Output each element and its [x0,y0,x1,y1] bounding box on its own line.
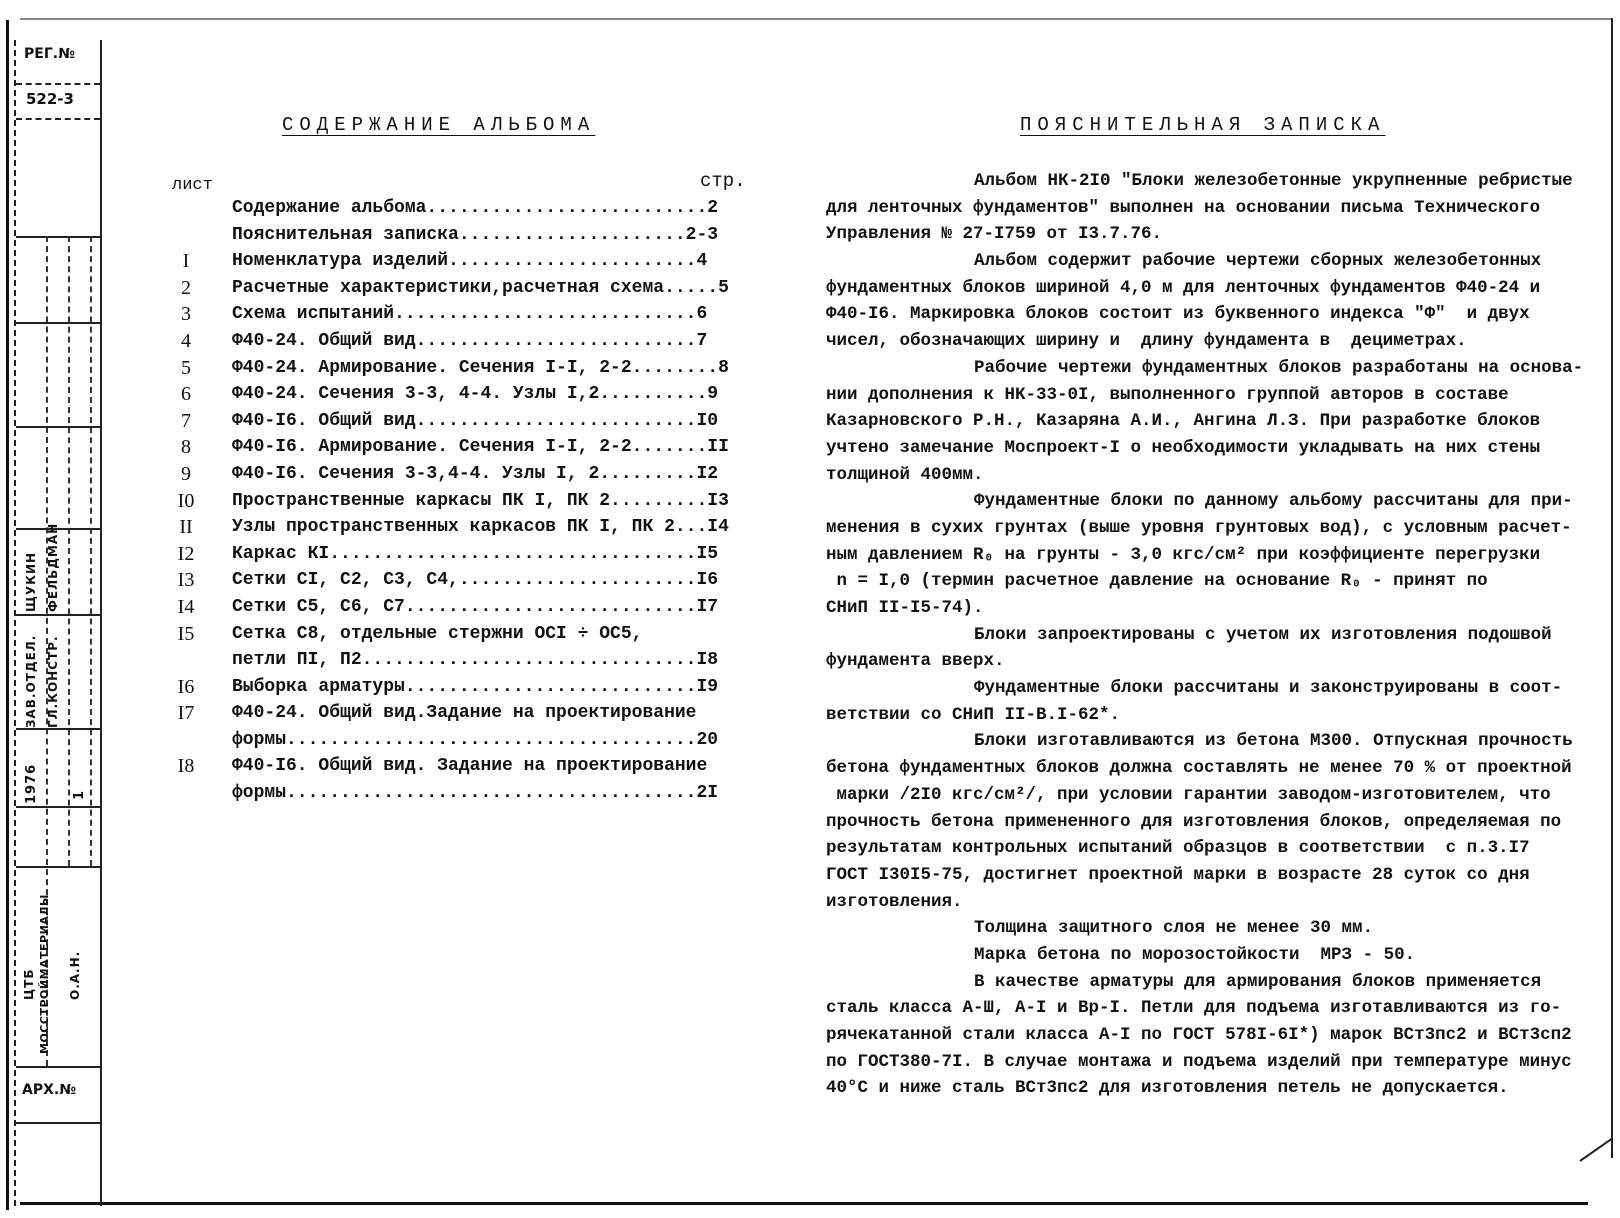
note-line: результатам контрольных испытаний образц… [826,835,1586,862]
name-shchukin: ЩУКИН [24,552,38,612]
frame-top-border [20,18,1612,20]
list-item: IНоменклатура изделий...................… [160,248,732,275]
stamp-divider [16,614,100,616]
registration-number: 522-3 [26,90,74,108]
note-line: нии дополнения к НК-33-0I, выполненного … [826,382,1586,409]
note-line: Марка бетона по морозостойкости МРЗ - 50… [826,942,1586,969]
item-title: Ф40-24. Общий вид.......................… [232,328,707,355]
item-title: петли ПI, П2............................… [232,647,718,674]
note-line: фундамента вверх. [826,648,1586,675]
note-line: Фундаментные блоки по данному альбому ра… [826,488,1586,515]
sheet-number: 8 [166,434,206,461]
explanatory-note-body: Альбом НК-2I0 "Блоки железобетонные укру… [826,168,1586,1102]
stamp-divider [16,236,100,238]
list-item: 9Ф40-I6. Сечения 3-3,4-4. Узлы I, 2.....… [160,461,732,488]
note-line: по ГОСТ380-7I. В случае монтажа и подъем… [826,1049,1586,1076]
sheet-number: I [166,248,206,275]
frame-bottom-border [20,1202,1588,1205]
item-title: Каркас КI...............................… [232,541,718,568]
sheet-number: I5 [166,621,206,648]
stamp-divider [16,426,100,428]
note-line: Ф40-I6. Маркировка блоков состоит из бук… [826,301,1586,328]
sheet-number: 2 [166,275,206,302]
sheet-number: I7 [166,700,206,727]
note-line: Казарновского Р.Н., Казаряна А.И., Ангин… [826,408,1586,435]
sheet-number: I6 [166,674,206,701]
list-item: 7Ф40-I6. Общий вид......................… [160,408,732,435]
note-line: Блоки запроектированы с учетом их изгото… [826,622,1586,649]
organization-ctb: ЦТБ [22,969,36,1000]
sheet-number: 3 [166,301,206,328]
stamp-divider [16,728,100,730]
note-line: Фундаментные блоки рассчитаны и законстр… [826,675,1586,702]
note-line: n = I,0 (термин расчетное давление на ос… [826,568,1586,595]
note-line: рячекатанной стали класса А-I по ГОСТ 57… [826,1022,1586,1049]
contents-title: СОДЕРЖАНИЕ АЛЬБОМА [282,114,595,136]
sheet-number: 4 [166,328,206,355]
note-line: толщиной 400мм. [826,462,1586,489]
list-item: петли ПI, П2............................… [160,647,732,674]
title-block-stamp: РЕГ.№ 522-3 ЗАВ.ОТДЕЛ. ГЛ.КОНСТР. ЩУКИН … [14,40,102,1206]
registration-label: РЕГ.№ [24,46,75,62]
note-line: 40°С и ниже сталь ВСт3пс2 для изготовлен… [826,1075,1586,1102]
list-item: Пояснительная записка...................… [160,222,732,249]
note-line: Управления № 27-I759 от I3.7.76. [826,221,1586,248]
item-title: Ф40-24. Сечения 3-3, 4-4. Узлы I,2......… [232,381,718,408]
stamp-divider [16,322,100,324]
note-line: учтено замечание Моспроект-I о необходим… [826,435,1586,462]
stamp-year: 1976 [24,764,39,804]
stamp-code: О.А.Н. [68,951,82,1000]
item-title: Содержание альбома......................… [232,195,718,222]
item-title: Сетки СI, С2, С3, С4,...................… [232,567,718,594]
sheet-number: 5 [166,355,206,382]
list-item: I3Сетки СI, С2, С3, С4,.................… [160,567,732,594]
list-item: 4Ф40-24. Общий вид......................… [160,328,732,355]
item-title: Сетка С8, отдельные стержни ОСI ÷ ОС5, [232,621,642,648]
contents-list: Содержание альбома......................… [160,195,732,807]
note-line: ным давлением R₀ на грунты - 3,0 кгс/см²… [826,542,1586,569]
note-line: чисел, обозначающих ширину и длину фунда… [826,328,1586,355]
sheet-number: I3 [166,567,206,594]
item-title: Ф40-I6. Сечения 3-3,4-4. Узлы I, 2......… [232,461,718,488]
note-line: изготовления. [826,889,1586,916]
item-title: Ф40-I6. Армирование. Сечения I-I, 2-2...… [232,434,729,461]
item-title: Сетки С5, С6, С7........................… [232,594,718,621]
note-line: сталь класса А-Ш, А-I и Вр-I. Петли для … [826,995,1586,1022]
sheet-number: I4 [166,594,206,621]
note-line: ГОСТ I30I5-75, достигнет проектной марки… [826,862,1586,889]
stamp-sheet-number: 1 [72,790,87,800]
list-item: I0Пространственные каркасы ПК I, ПК 2...… [160,488,732,515]
archive-number-label: АРХ.№ [22,1082,76,1098]
list-item: 6Ф40-24. Сечения 3-3, 4-4. Узлы I,2.....… [160,381,732,408]
stamp-divider [16,1066,100,1068]
list-item: I2Каркас КI.............................… [160,541,732,568]
list-item: 2Расчетные характеристики,расчетная схем… [160,275,732,302]
corner-mark [1579,1137,1613,1162]
note-line: В качестве арматуры для армирования блок… [826,969,1586,996]
sheet-number: 6 [166,381,206,408]
note-title: ПОЯСНИТЕЛЬНАЯ ЗАПИСКА [1020,114,1385,136]
stamp-divider [16,1122,100,1124]
note-line: для ленточных фундаментов" выполнен на о… [826,195,1586,222]
position-chief-constructor: ГЛ.КОНСТР. [46,635,60,728]
list-item: 3Схема испытаний........................… [160,301,732,328]
item-title: Ф40-I6. Общий вид.......................… [232,408,718,435]
list-item: I6Выборка арматуры......................… [160,674,732,701]
note-line: бетона фундаментных блоков должна состав… [826,755,1586,782]
list-item: I7Ф40-24. Общий вид.Задание на проектиро… [160,700,732,727]
list-item: I8Ф40-I6. Общий вид. Задание на проектир… [160,753,732,780]
name-feldman: ФЕЛЬДМАН [46,523,60,612]
note-line: фундаментных блоков шириной 4,0 м для ле… [826,275,1586,302]
item-title: Ф40-24. Армирование. Сечения I-I, 2-2...… [232,355,729,382]
note-line: Альбом содержит рабочие чертежи сборных … [826,248,1586,275]
stamp-column-line [68,236,70,866]
item-title: Выборка арматуры........................… [232,674,718,701]
item-title: Расчетные характеристики,расчетная схема… [232,275,729,302]
item-title: Пространственные каркасы ПК I, ПК 2.....… [232,488,729,515]
item-title: Пояснительная записка...................… [232,222,718,249]
list-item: формы...................................… [160,780,732,807]
list-item: I5Сетка С8, отдельные стержни ОСI ÷ ОС5, [160,621,732,648]
note-line: марки /2I0 кгс/см²/, при условии гаранти… [826,782,1586,809]
note-line: СНиП II-I5-74). [826,595,1586,622]
stamp-divider [16,866,100,868]
frame-right-border [1611,18,1613,1158]
note-line: ветствии со СНиП II-В.I-62*. [826,702,1586,729]
sheet-number: I0 [166,488,206,515]
sheet-number: I8 [166,753,206,780]
stamp-divider [16,806,100,808]
note-line: менения в сухих грунтах (выше уровня гру… [826,515,1586,542]
stamp-divider [16,118,100,122]
sheet-number: 9 [166,461,206,488]
note-line: прочность бетона примененного для изгото… [826,809,1586,836]
list-item: IIУзлы пространственных каркасов ПК I, П… [160,514,732,541]
position-head-dept: ЗАВ.ОТДЕЛ. [24,635,38,728]
sheet-column-header: лист [172,176,213,195]
item-title: Ф40-24. Общий вид.Задание на проектирова… [232,700,696,727]
sheet-number: 7 [166,408,206,435]
note-line: Блоки изготавливаются из бетона М300. От… [826,728,1586,755]
item-title: формы...................................… [232,780,718,807]
item-title: Схема испытаний.........................… [232,301,707,328]
registration-label-cell: РЕГ.№ [16,40,100,85]
item-title: Узлы пространственных каркасов ПК I, ПК … [232,514,729,541]
item-title: Номенклатура изделий....................… [232,248,707,275]
item-title: формы...................................… [232,727,718,754]
sheet-number: II [166,514,206,541]
item-title: Ф40-I6. Общий вид. Задание на проектиров… [232,753,707,780]
list-item: I4Сетки С5, С6, С7......................… [160,594,732,621]
list-item: формы...................................… [160,727,732,754]
stamp-column-line [90,236,92,866]
list-item: 8Ф40-I6. Армирование. Сечения I-I, 2-2..… [160,434,732,461]
note-line: Толщина защитного слоя не менее 30 мм. [826,915,1586,942]
organization-mosstroymaterialy: МОССТРОЙМАТЕРИАЛЫ [38,894,51,1054]
sheet-number: I2 [166,541,206,568]
note-line: Альбом НК-2I0 "Блоки железобетонные укру… [826,168,1586,195]
list-item: Содержание альбома......................… [160,195,732,222]
frame-left-border [6,20,9,1210]
note-line: Рабочие чертежи фундаментных блоков разр… [826,355,1586,382]
list-item: 5Ф40-24. Армирование. Сечения I-I, 2-2..… [160,355,732,382]
page-column-header: стр. [700,170,746,192]
